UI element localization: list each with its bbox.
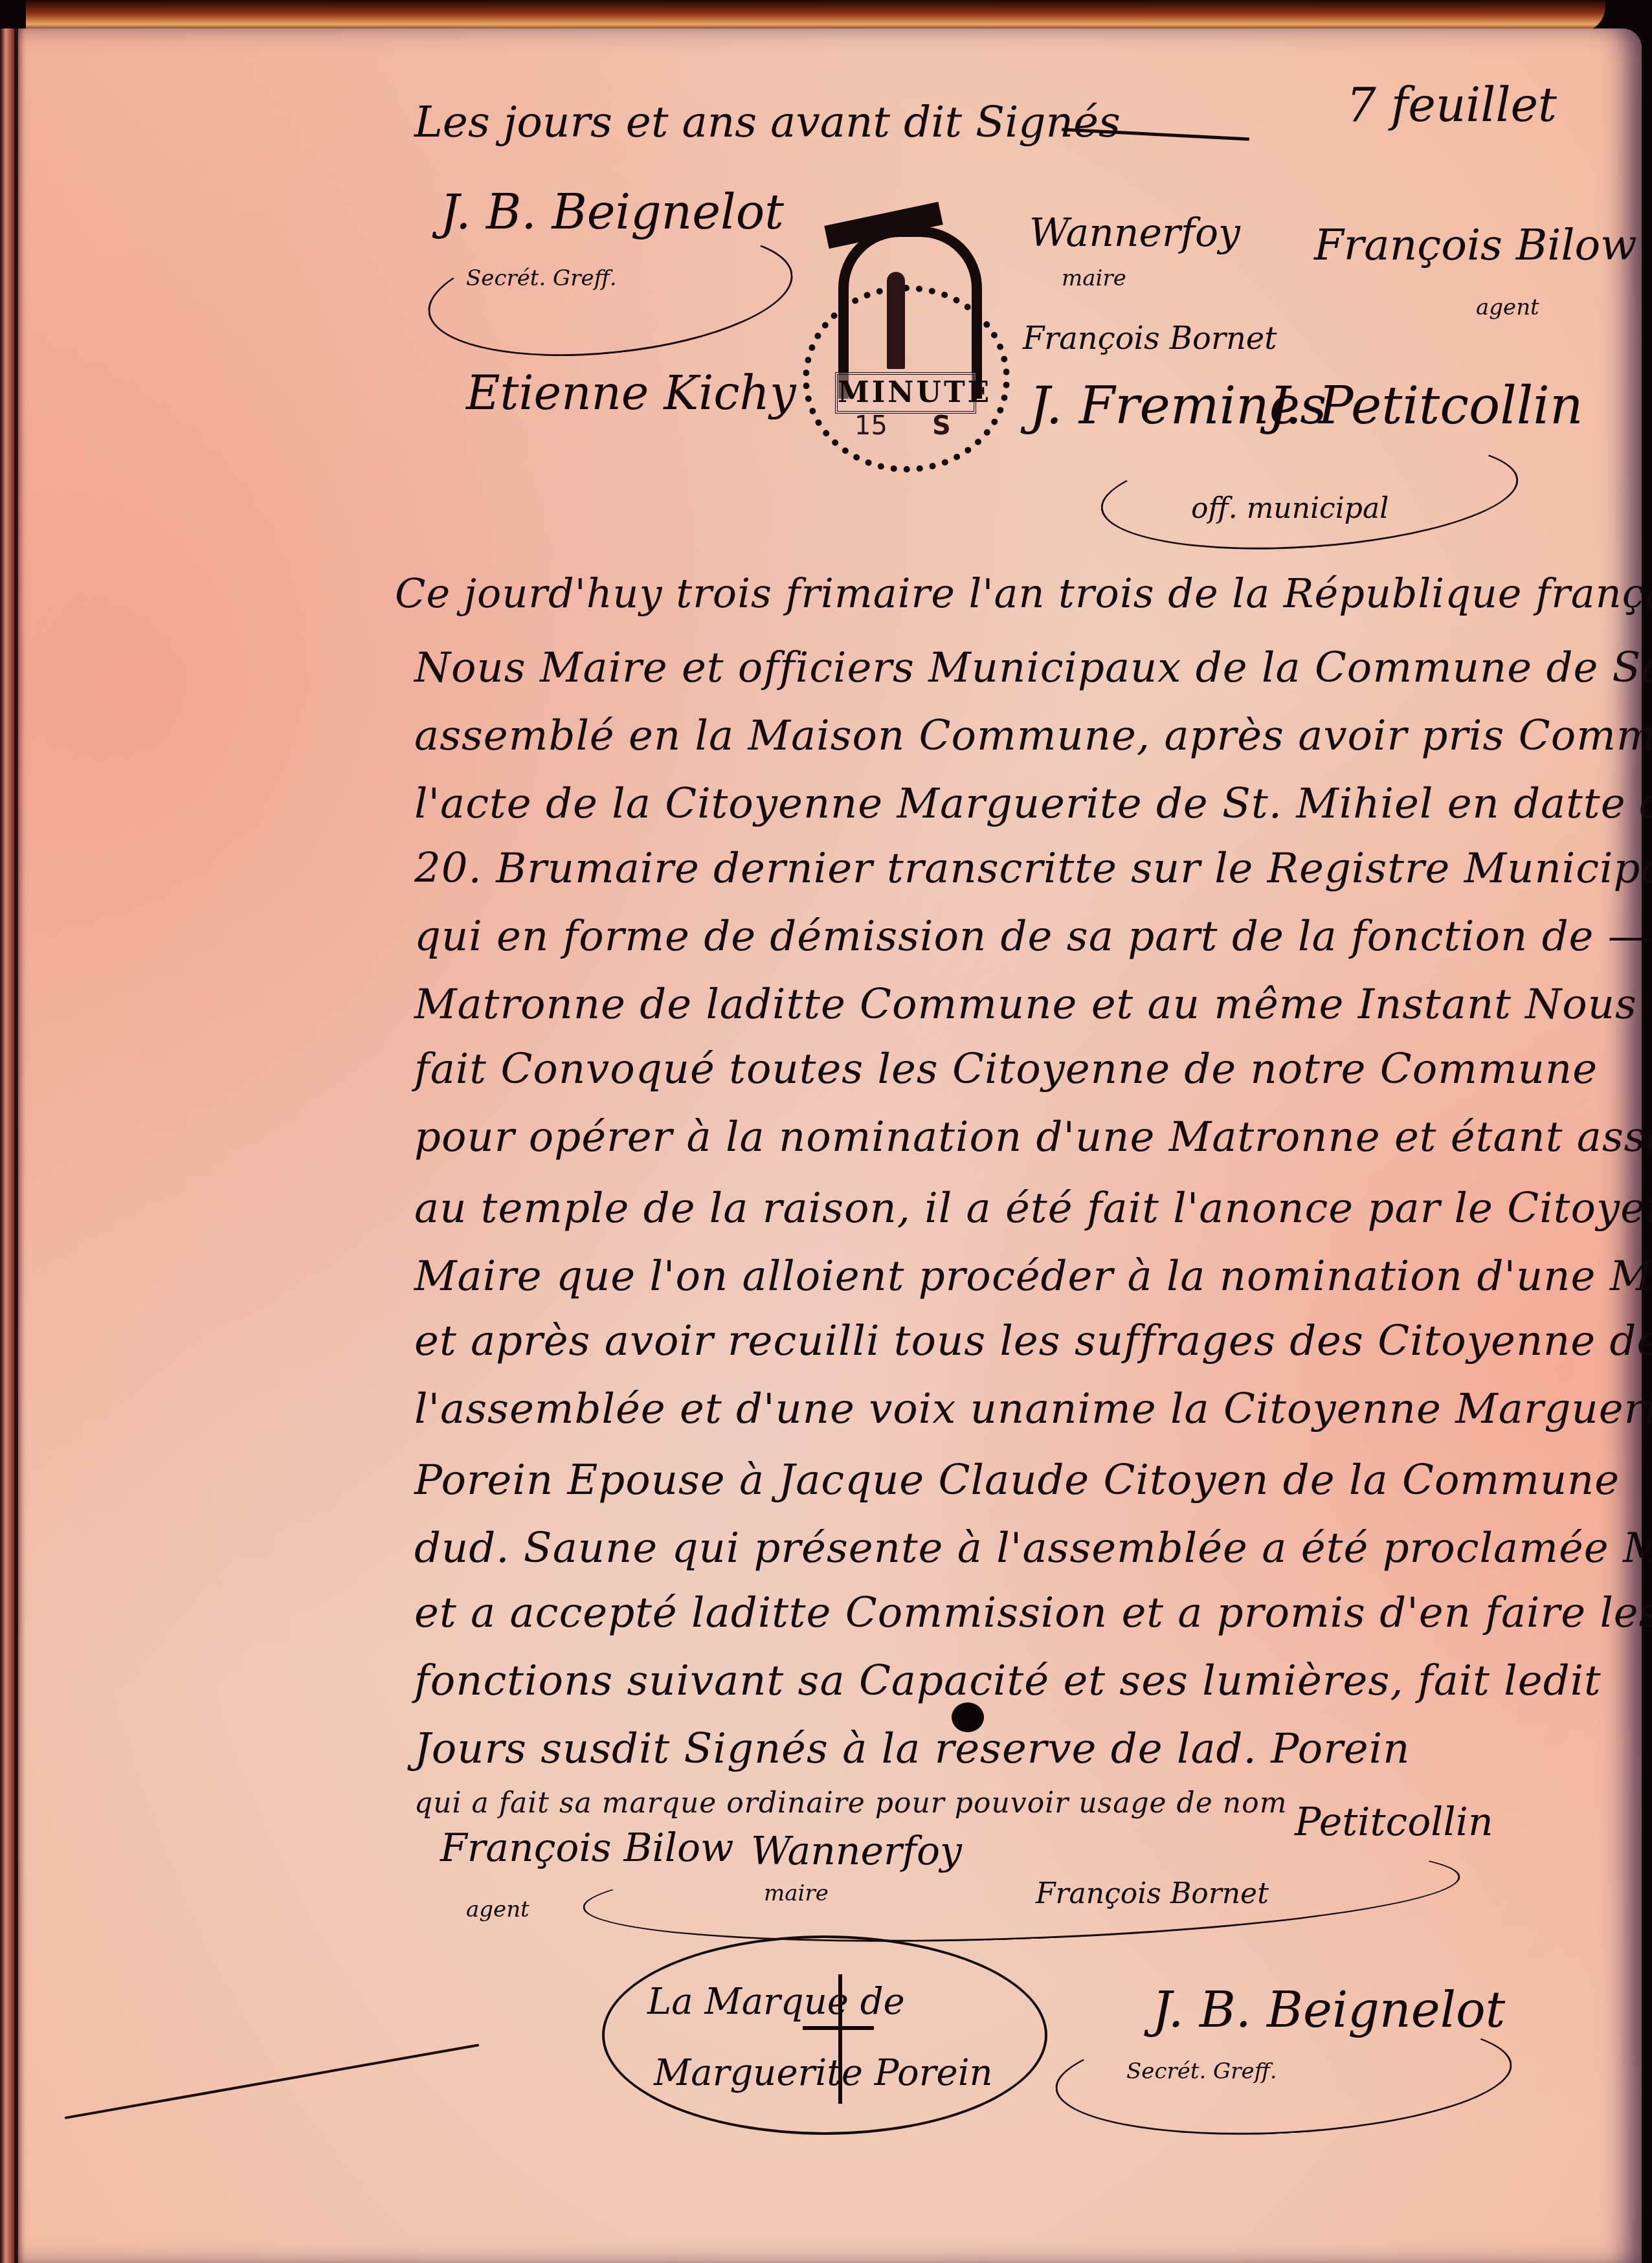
body-line: et a accepté laditte Commission et a pro… xyxy=(414,1589,1652,1637)
body-line: pour opérer à la nomination d'une Matron… xyxy=(414,1113,1652,1161)
opening-line: Les jours et ans avant dit Signés xyxy=(414,97,1121,147)
bottom-signature-bilow: François Bilow xyxy=(440,1825,733,1871)
stamp-number-left: 15 xyxy=(854,411,887,441)
body-line: au temple de la raison, il a été fait l'… xyxy=(414,1185,1652,1232)
stamp-figure xyxy=(887,272,905,369)
body-line: qui a fait sa marque ordinaire pour pouv… xyxy=(414,1787,1287,1820)
binding-edge xyxy=(0,28,14,2263)
body-line: fonctions suivant sa Capacité et ses lum… xyxy=(414,1657,1602,1705)
mark-caption-line-1: La Marque de xyxy=(647,1981,905,2023)
body-line: l'assemblée et d'une voix unanime la Cit… xyxy=(414,1385,1652,1433)
signature-bornet: François Bornet xyxy=(1023,320,1277,357)
body-line: Jours susdit Signés à la reserve de lad.… xyxy=(414,1725,1410,1773)
folio-number: 7 feuillet xyxy=(1346,78,1557,132)
mark-oval xyxy=(602,1935,1047,2135)
signature-wannerfoy-title: maire xyxy=(1062,265,1126,291)
body-line: Nous Maire et officiers Municipaux de la… xyxy=(414,644,1652,692)
signature-petitcollin: J. Petitcollin xyxy=(1269,375,1583,436)
body-line: Porein Epouse à Jacque Claude Citoyen de… xyxy=(414,1456,1620,1504)
signature-bilow-title: agent xyxy=(1476,295,1539,320)
body-line: Matronne de laditte Commune et au même I… xyxy=(414,981,1652,1029)
stamp-number-right: S xyxy=(932,411,951,441)
minute-stamp: MINUTE 15 S xyxy=(790,188,1010,466)
mark-caption-line-2: Marguerite Porein xyxy=(654,2052,993,2094)
body-line: 20. Brumaire dernier transcritte sur le … xyxy=(414,845,1652,893)
body-line: dud. Saune qui présente à l'assemblée a … xyxy=(414,1524,1652,1572)
body-line: qui en forme de démission de sa part de … xyxy=(414,913,1650,961)
stamp-label: MINUTE xyxy=(835,372,976,414)
bottom-signature-bilow-title: agent xyxy=(466,1897,530,1923)
body-line: assemblé en la Maison Commune, après avo… xyxy=(414,712,1652,760)
torn-top-edge xyxy=(26,0,1605,32)
signature-wannerfoy: Wannerfoy xyxy=(1029,210,1240,256)
body-line: et après avoir recuilli tous les suffrag… xyxy=(414,1317,1652,1365)
signature-kichy: Etienne Kichy xyxy=(466,366,796,420)
signature-beignelot: J. B. Beignelot xyxy=(440,184,784,240)
bottom-signature-petitcollin: Petitcollin xyxy=(1295,1800,1493,1845)
cross-mark-icon xyxy=(803,2026,874,2030)
body-line: fait Convoqué toutes les Citoyenne de no… xyxy=(414,1045,1598,1093)
ink-blot xyxy=(952,1702,984,1732)
body-line: l'acte de la Citoyenne Marguerite de St.… xyxy=(414,780,1652,828)
body-line: Ce jourd'huy trois frimaire l'an trois d… xyxy=(395,570,1652,617)
signature-bilow: François Bilow xyxy=(1314,220,1637,270)
cross-mark-icon xyxy=(838,1974,842,2104)
body-line: Maire que l'on alloient procéder à la no… xyxy=(414,1253,1652,1300)
